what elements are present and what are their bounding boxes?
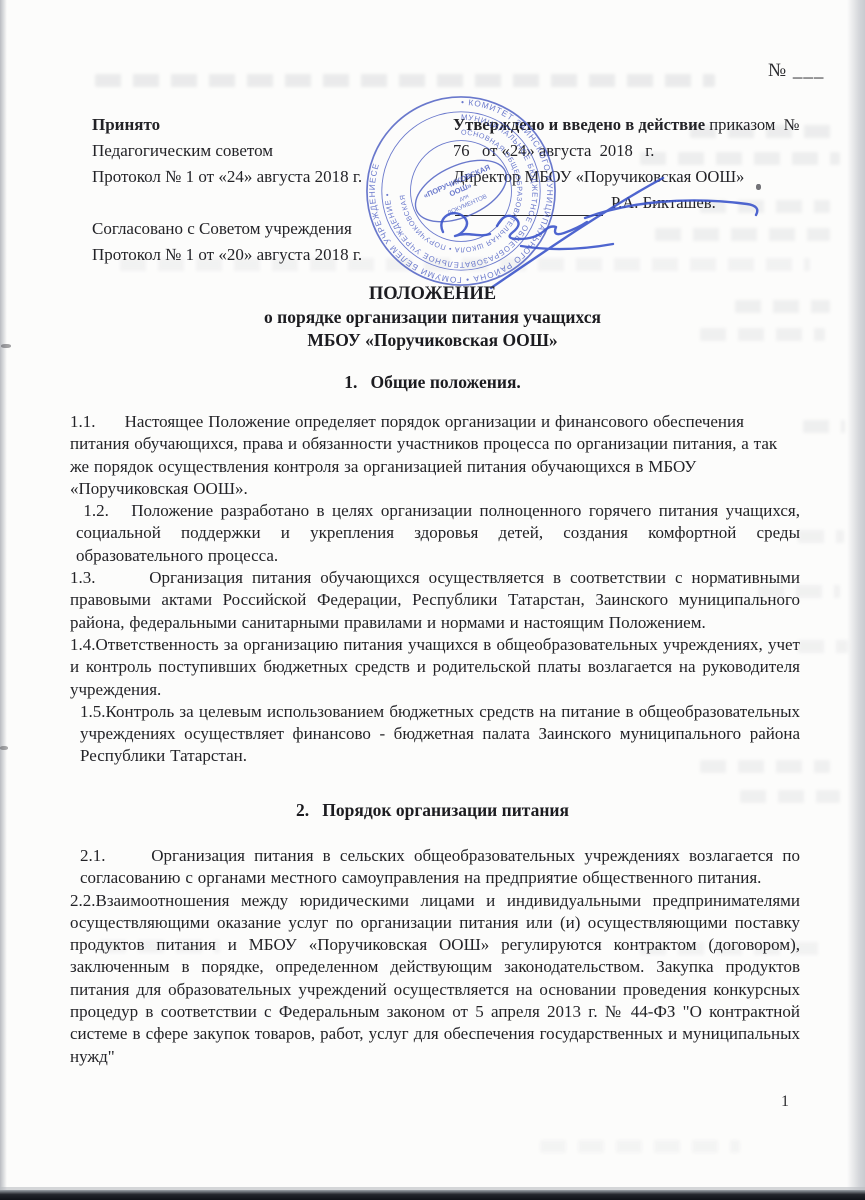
scan-speck <box>0 746 8 750</box>
title-line1: ПОЛОЖЕНИЕ <box>70 283 795 306</box>
paragraph-2-2: 2.2.Взаимоотношения между юридическими л… <box>70 890 800 1068</box>
document-title: ПОЛОЖЕНИЕ о порядке организации питания … <box>70 283 795 352</box>
approved-rest-text: приказом № <box>705 115 799 134</box>
signature-stroke <box>585 200 757 218</box>
paragraph-1-1: 1.1. Настоящее Положение определяет поря… <box>70 411 800 500</box>
bleed-through-smudge <box>95 74 715 87</box>
bleed-through-smudge <box>803 420 845 433</box>
signature-stroke <box>497 216 587 239</box>
bleed-through-smudge <box>798 530 844 543</box>
accepted-block: Принято Педагогическим советом Протокол … <box>92 112 362 268</box>
agreed-line: Согласовано с Советом учреждения <box>92 216 362 242</box>
agreed-line: Протокол № 1 от «20» августа 2018 г. <box>92 242 362 268</box>
bleed-through-smudge <box>540 1140 740 1153</box>
title-line2: о порядке организации питания учащихся <box>70 306 795 329</box>
scanned-document-page: { "colors": { "ink": "#232327", "stamp_b… <box>0 0 865 1200</box>
section-1-body: 1.1. Настоящее Положение определяет поря… <box>70 411 800 768</box>
doc-number-label: № ___ <box>768 60 824 82</box>
spacer <box>92 190 362 216</box>
paragraph-1-4: 1.4.Ответственность за организацию питан… <box>70 634 800 701</box>
scan-edge-bottom <box>0 1190 865 1200</box>
scan-edge-left <box>0 0 7 1200</box>
signature-stroke <box>521 244 613 249</box>
accepted-line: Протокол № 1 от «24» августа 2018 г. <box>92 164 362 190</box>
paragraph-1-5: 1.5.Контроль за целевым использованием б… <box>70 701 800 768</box>
paragraph-1-2: 1.2. Положение разработано в целях орган… <box>70 500 800 567</box>
bleed-through-smudge <box>798 640 848 653</box>
scan-speck <box>1 344 11 348</box>
section-2-heading: 2. Порядок организации питания <box>70 800 795 821</box>
signature-stroke <box>441 213 490 236</box>
page-number: 1 <box>781 1093 789 1111</box>
accepted-title: Принято <box>92 112 362 138</box>
paragraph-1-3: 1.3. Организация питания обучающихся осу… <box>70 567 800 634</box>
section-1-heading: 1. Общие положения. <box>70 372 795 393</box>
section-2-body: 2.1. Организация питания в сельских обще… <box>70 845 800 1068</box>
title-line3: МБОУ «Поручиковская ООШ» <box>70 329 795 352</box>
paragraph-2-1: 2.1. Организация питания в сельских обще… <box>70 845 800 890</box>
signature-stroke <box>491 178 663 288</box>
accepted-line: Педагогическим советом <box>92 138 362 164</box>
